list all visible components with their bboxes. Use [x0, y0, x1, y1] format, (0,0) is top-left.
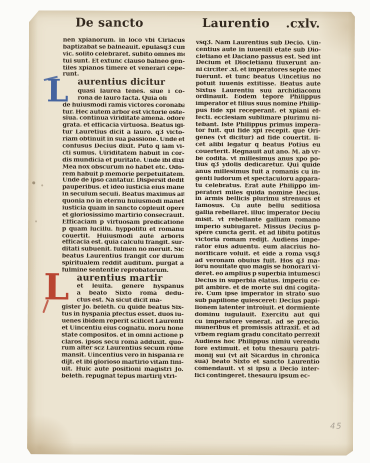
continuation-paragraph: nen xpianorum. in loco vbi Ciriacusbapti…	[63, 37, 185, 79]
chapter-laurentius-dicitur: L aurentius dicitur quasi laureā tenēs. …	[62, 79, 185, 275]
ink-speck	[41, 184, 43, 186]
text-line: fici contingeret. thesaurū ipsum ec-	[194, 373, 319, 380]
running-title-left: De sancto	[67, 15, 152, 29]
book-page: De sancto Laurentio .cxlv. nen xpianorum…	[27, 10, 355, 455]
chapter-body: gister Jo. beleth. cū quidē beatus Six-t…	[61, 304, 183, 380]
pencil-folio-number: 45	[330, 422, 342, 431]
ink-speck	[32, 181, 35, 184]
text-line: tiles xpianos timere et venerari cepe-	[63, 65, 185, 72]
chapter-opening-line: aurentius dicitur	[63, 79, 185, 89]
foxing-stain	[27, 396, 97, 454]
initial-wrap-lines: et leuita. genere hyspanusa beato Sixto …	[62, 284, 184, 305]
chapter-laurentius-martir: L aurentius martir et leuita. genere hys…	[61, 274, 183, 381]
illuminated-initial-red-L: L	[44, 273, 69, 302]
chapter-opening-line: aurentius martir	[62, 274, 184, 284]
column-body: vsq3. Nam Laurentius sub Decio. Uin-cent…	[194, 40, 320, 380]
chapter-body: de huiusmodi ramis victores coronabā-tur…	[62, 102, 185, 275]
right-text-column: vsq3. Nam Laurentius sub Decio. Uin-cent…	[194, 40, 320, 380]
text-line: beleth. repugnat tēpus martirij vtri-	[61, 373, 183, 380]
ink-speck	[35, 220, 37, 222]
initial-wrap-lines: quasi laureā tenēs. siue ī co-rona de la…	[63, 88, 185, 102]
running-title-right: Laurentio	[197, 16, 275, 30]
folio-number: .cxlv.	[281, 16, 325, 30]
left-text-column: nen xpianorum. in loco vbi Ciriacusbapti…	[61, 37, 184, 380]
illuminated-initial-blue-L: L	[47, 80, 69, 105]
scan-background: De sancto Laurentio .cxlv. nen xpianorum…	[0, 0, 370, 463]
